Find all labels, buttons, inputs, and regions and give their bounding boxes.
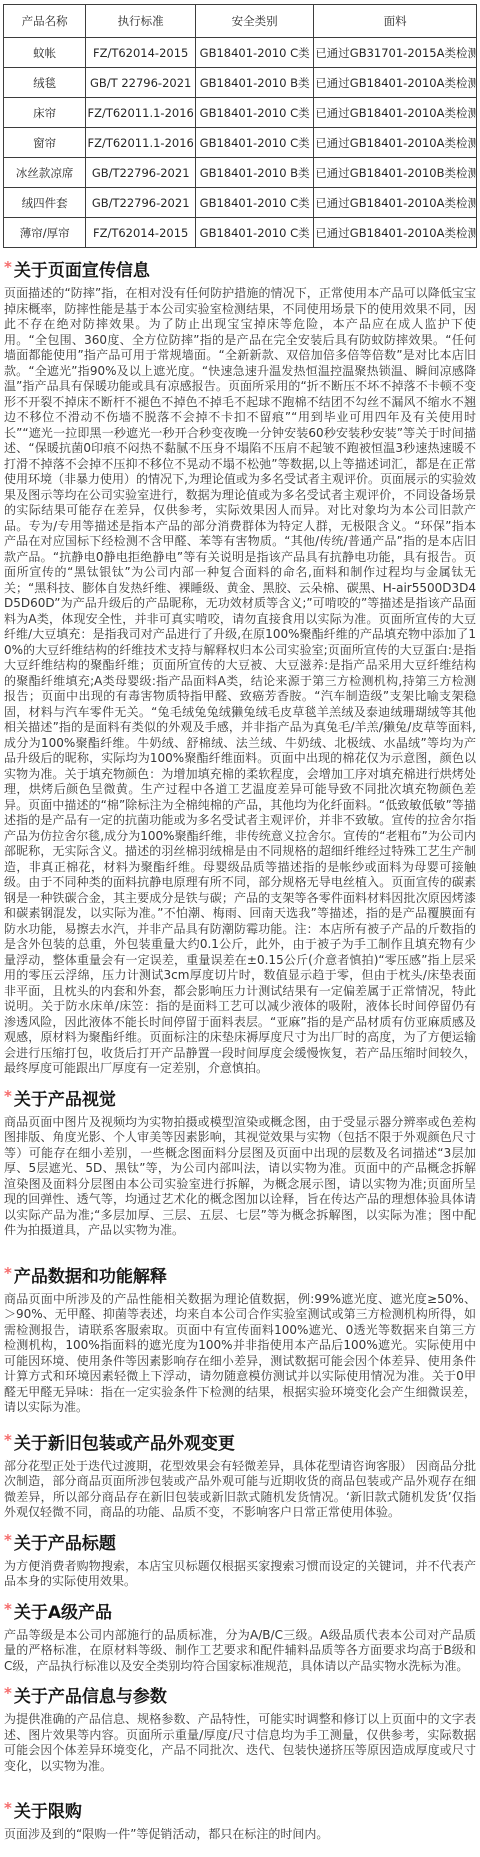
section-packaging-appearance-changes: *关于新旧包装或产品外观变更 部分花型正处于迭代过渡期，花型效果会有轻微差异，具… — [2, 1430, 478, 1521]
cell-product-name: 冰丝款凉席 — [4, 158, 86, 188]
standards-table: 产品名称 执行标准 安全类别 面料 蚊帐 FZ/T62014-2015 GB18… — [3, 4, 477, 248]
cell-exec-standard: GB/T 22796-2021 — [86, 68, 196, 98]
cell-fabric: 已通过GB18401-2010A类检测 — [314, 98, 477, 128]
section-body-text: 商品页面中图片及视频均为实物拍摄或模型渲染或概念图，由于受显示器分辨率或色差构图… — [4, 1115, 476, 1239]
section-heading: *关于A级产品 — [4, 1599, 476, 1624]
section-title-text: 关于产品视觉 — [14, 1090, 116, 1110]
cell-safety-category: GB18401-2010 C类 — [196, 218, 314, 248]
section-product-data-functions: *产品数据和功能解释 商品页面中所涉及的产品性能相关数据为理论值数据，例:99%… — [2, 1263, 478, 1416]
section-title-text: 关于限购 — [14, 1802, 82, 1822]
section-title-text: 关于新旧包装或产品外观变更 — [14, 1434, 235, 1454]
section-body-text: 为方便消费者购物搜索，本店宝贝标题仅根据买家搜索习惯而设定的关键词，并不代表产品… — [4, 1559, 476, 1590]
table-row: 冰丝款凉席 GB/T22796-2021 GB18401-2010 B类 已通过… — [4, 158, 477, 188]
cell-fabric: 已通过GB31701-2015A类检测 — [314, 38, 477, 68]
cell-product-name: 绒四件套 — [4, 188, 86, 218]
cell-fabric: 已通过GB18401-2010A类检测 — [314, 218, 477, 248]
section-title-text: 关于产品标题 — [14, 1534, 116, 1554]
section-product-visuals: *关于产品视觉 商品页面中图片及视频均为实物拍摄或模型渲染或概念图，由于受显示器… — [2, 1086, 478, 1239]
section-heading: *关于产品标题 — [4, 1530, 476, 1555]
section-heading: *关于页面宣传信息 — [4, 257, 476, 282]
section-title-text: 产品数据和功能解释 — [14, 1267, 167, 1287]
section-body-text: 页面描述的“防摔”指，在相对没有任何防护措施的情况下，正常使用本产品可以降低宝宝… — [4, 286, 476, 1077]
section-product-info-parameters: *关于产品信息与参数 为提供准确的产品信息、规格参数、产品特性，可能实时调整和修… — [2, 1683, 478, 1774]
required-asterisk-icon: * — [4, 258, 12, 276]
section-title-text: 关于产品信息与参数 — [14, 1687, 167, 1707]
cell-product-name: 床帘 — [4, 98, 86, 128]
col-header-exec-standard: 执行标准 — [86, 5, 196, 38]
col-header-fabric: 面料 — [314, 5, 477, 38]
cell-safety-category: GB18401-2010 B类 — [196, 158, 314, 188]
section-body-text: 为提供准确的产品信息、规格参数、产品特性，可能实时调整和修订以上页面中的文字表述… — [4, 1712, 476, 1774]
col-header-product-name: 产品名称 — [4, 5, 86, 38]
cell-fabric: 已通过GB18401-2010A类检测 — [314, 128, 477, 158]
section-title-text: 关于页面宣传信息 — [14, 261, 150, 281]
section-heading: *关于限购 — [4, 1798, 476, 1823]
required-asterisk-icon: * — [4, 1600, 12, 1618]
required-asterisk-icon: * — [4, 1531, 12, 1549]
cell-exec-standard: GB/T22796-2021 — [86, 158, 196, 188]
section-title-text: 关于A级产品 — [14, 1603, 112, 1623]
required-asterisk-icon: * — [4, 1264, 12, 1282]
table-row: 蚊帐 FZ/T62014-2015 GB18401-2010 C类 已通过GB3… — [4, 38, 477, 68]
table-row: 薄帘/厚帘 FZ/T62014-2015 GB18401-2010 C类 已通过… — [4, 218, 477, 248]
cell-exec-standard: FZ/T62011.1-2016 — [86, 98, 196, 128]
cell-exec-standard: FZ/T62011.1-2016 — [86, 128, 196, 158]
section-heading: *关于新旧包装或产品外观变更 — [4, 1430, 476, 1455]
section-product-title: *关于产品标题 为方便消费者购物搜索，本店宝贝标题仅根据买家搜索习惯而设定的关键… — [2, 1530, 478, 1590]
section-heading: *产品数据和功能解释 — [4, 1263, 476, 1288]
cell-safety-category: GB18401-2010 B类 — [196, 68, 314, 98]
cell-safety-category: GB18401-2010 C类 — [196, 98, 314, 128]
cell-exec-standard: FZ/T62014-2015 — [86, 38, 196, 68]
section-page-promo-info: *关于页面宣传信息 页面描述的“防摔”指，在相对没有任何防护措施的情况下，正常使… — [2, 257, 478, 1077]
cell-safety-category: GB18401-2010 C类 — [196, 38, 314, 68]
section-body-text: 商品页面中所涉及的产品性能相关数据为理论值数据，例:99%遮光度、遮光度≥50%… — [4, 1292, 476, 1416]
section-a-grade-products: *关于A级产品 产品等级是本公司内部施行的品质标准，分为A/B/C三级。A级品质… — [2, 1599, 478, 1675]
product-disclaimer-page: 产品名称 执行标准 安全类别 面料 蚊帐 FZ/T62014-2015 GB18… — [0, 0, 480, 1857]
cell-product-name: 窗帘 — [4, 128, 86, 158]
cell-product-name: 薄帘/厚帘 — [4, 218, 86, 248]
col-header-safety-category: 安全类别 — [196, 5, 314, 38]
section-purchase-limit: *关于限购 页面涉及到的“限购一件”等促销活动，都只在标注的时间内。 — [2, 1798, 478, 1843]
table-row: 窗帘 FZ/T62011.1-2016 GB18401-2010 C类 已通过G… — [4, 128, 477, 158]
cell-safety-category: GB18401-2010 C类 — [196, 128, 314, 158]
cell-fabric: 已通过GB18401-2010B类检测 — [314, 158, 477, 188]
section-body-text: 部分花型正处于迭代过渡期，花型效果会有轻微差异，具体花型请咨询客服） 因商品分批… — [4, 1459, 476, 1521]
required-asterisk-icon: * — [4, 1799, 12, 1817]
table-row: 绒四件套 GB/T22796-2021 GB18401-2010 C类 已通过G… — [4, 188, 477, 218]
required-asterisk-icon: * — [4, 1431, 12, 1449]
table-header-row: 产品名称 执行标准 安全类别 面料 — [4, 5, 477, 38]
cell-exec-standard: GB/T22796-2021 — [86, 188, 196, 218]
cell-product-name: 绒毯 — [4, 68, 86, 98]
cell-safety-category: GB18401-2010 C类 — [196, 188, 314, 218]
table-row: 床帘 FZ/T62011.1-2016 GB18401-2010 C类 已通过G… — [4, 98, 477, 128]
section-heading: *关于产品信息与参数 — [4, 1683, 476, 1708]
cell-fabric: 已通过GB18401-2010A类检测 — [314, 68, 477, 98]
section-body-text: 页面涉及到的“限购一件”等促销活动，都只在标注的时间内。 — [4, 1827, 476, 1843]
required-asterisk-icon: * — [4, 1684, 12, 1702]
required-asterisk-icon: * — [4, 1087, 12, 1105]
section-body-text: 产品等级是本公司内部施行的品质标准，分为A/B/C三级。A级品质代表本公司对产品… — [4, 1628, 476, 1675]
cell-exec-standard: FZ/T62014-2015 — [86, 218, 196, 248]
cell-fabric: 已通过GB18401-2010A类检测 — [314, 188, 477, 218]
section-heading: *关于产品视觉 — [4, 1086, 476, 1111]
table-row: 绒毯 GB/T 22796-2021 GB18401-2010 B类 已通过GB… — [4, 68, 477, 98]
cell-product-name: 蚊帐 — [4, 38, 86, 68]
